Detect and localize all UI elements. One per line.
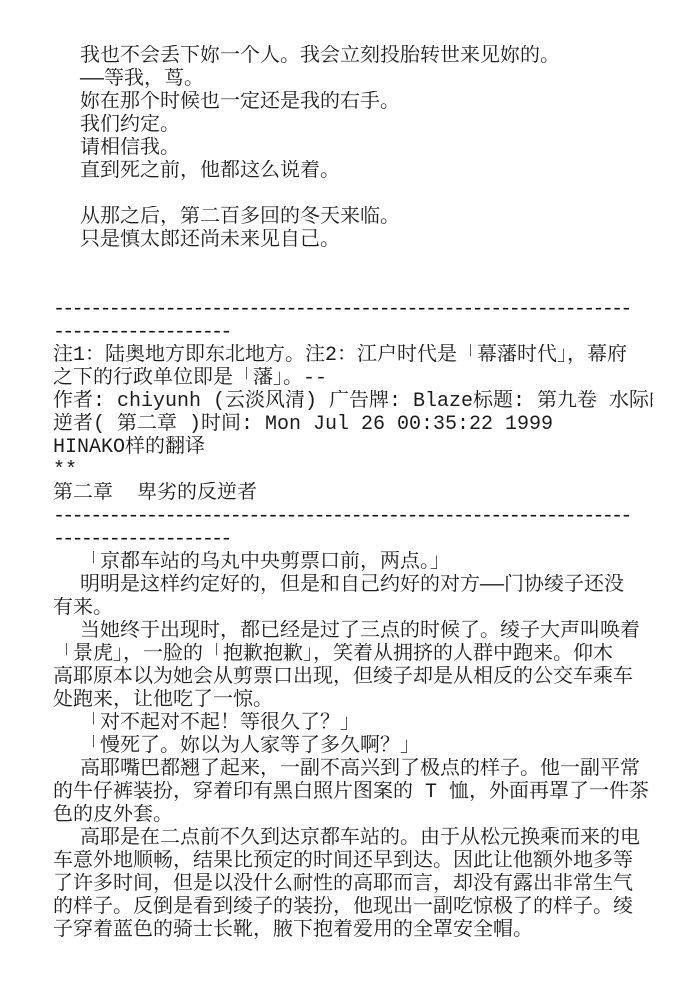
text-line: 只是慎太郎还尚未来见自己。: [53, 229, 653, 252]
text-line: 色的皮外套。: [53, 804, 653, 827]
text-line: 作者: chiyunh (云淡风清) 广告牌: Blaze标题: 第九卷 水际的…: [53, 390, 653, 413]
text-line: ——等我，茑。: [53, 68, 653, 91]
text-line: 处跑来，让他吃了一惊。: [53, 689, 653, 712]
text-line: 当她终于出现时，都已经是过了三点的时候了。绫子大声叫唤着: [53, 620, 653, 643]
text-line: 了许多时间，但是以没什么耐性的高耶而言，却没有露出非常生气: [53, 873, 653, 896]
document-page: 我也不会丢下妳一个人。我会立刻投胎转世来见妳的。——等我，茑。妳在那个时候也一定…: [0, 0, 700, 993]
text-line: 高耶原本以为她会从剪票口出现，但绫子却是从相反的公交车乘车: [53, 666, 653, 689]
separator-line: ----------------------------------------…: [53, 505, 653, 528]
blank-line: [53, 252, 653, 275]
text-line: 我们约定。: [53, 114, 653, 137]
text-line: 「对不起对不起！等很久了？」: [53, 712, 653, 735]
text-line: 的样子。反倒是看到绫子的装扮，他现出一副吃惊极了的样子。绫: [53, 896, 653, 919]
text-line: 第二章 卑劣的反逆者: [53, 482, 653, 505]
separator-line: -------------------: [53, 528, 653, 551]
text-line: 妳在那个时候也一定还是我的右手。: [53, 91, 653, 114]
blank-line: [53, 275, 653, 298]
text-line: 「慢死了。妳以为人家等了多久啊？」: [53, 735, 653, 758]
text-line: HINAKO样的翻译: [53, 436, 653, 459]
text-line: 高耶是在二点前不久到达京都车站的。由于从松元换乘而来的电: [53, 827, 653, 850]
text-line: 的牛仔裤装扮，穿着印有黑白照片图案的 T 恤，外面再罩了一件茶: [53, 781, 653, 804]
text-line: 有来。: [53, 597, 653, 620]
text-line: 车意外地顺畅，结果比预定的时间还早到达。因此让他额外地多等: [53, 850, 653, 873]
separator-line: -------------------: [53, 321, 653, 344]
text-line: 我也不会丢下妳一个人。我会立刻投胎转世来见妳的。: [53, 45, 653, 68]
text-line: 「景虎」，一脸的「抱歉抱歉」，笑着从拥挤的人群中跑来。仰木: [53, 643, 653, 666]
novel-text: 我也不会丢下妳一个人。我会立刻投胎转世来见妳的。——等我，茑。妳在那个时候也一定…: [53, 45, 653, 942]
text-line: 子穿着蓝色的骑士长靴，腋下抱着爱用的全罩安全帽。: [53, 919, 653, 942]
text-line: 明明是这样约定好的，但是和自己约好的对方——门协绫子还没: [53, 574, 653, 597]
text-line: **: [53, 459, 653, 482]
text-line: 注1：陆奥地方即东北地方。注2：江户时代是「幕藩时代」，幕府: [53, 344, 653, 367]
text-line: 之下的行政单位即是「藩」。--: [53, 367, 653, 390]
text-line: 请相信我。: [53, 137, 653, 160]
text-line: 「京都车站的乌丸中央剪票口前，两点。」: [53, 551, 653, 574]
text-line: 直到死之前，他都这么说着。: [53, 160, 653, 183]
separator-line: ----------------------------------------…: [53, 298, 653, 321]
text-line: 高耶嘴巴都翘了起来，一副不高兴到了极点的样子。他一副平常: [53, 758, 653, 781]
text-line: 逆者( 第二章 )时间: Mon Jul 26 00:35:22 1999: [53, 413, 653, 436]
text-line: 从那之后，第二百多回的冬天来临。: [53, 206, 653, 229]
blank-line: [53, 183, 653, 206]
